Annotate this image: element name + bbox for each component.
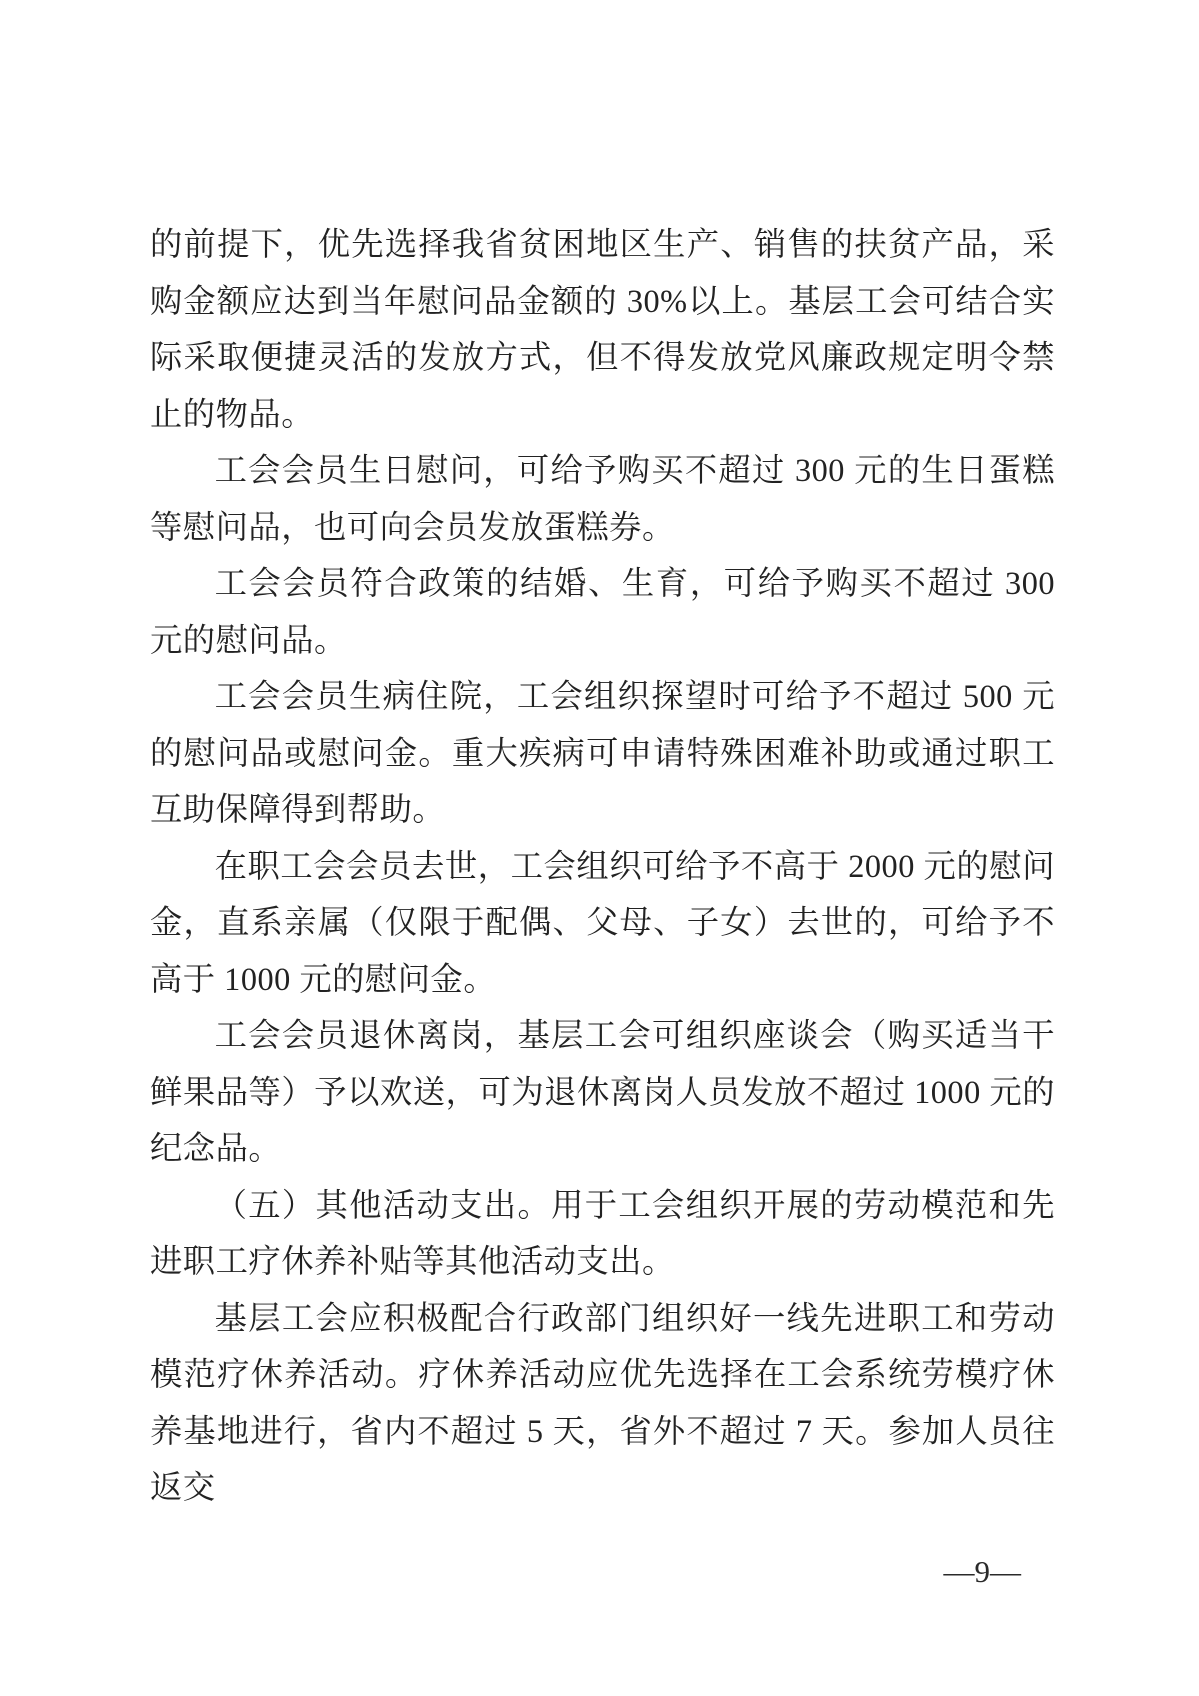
paragraph-death-benefit: 在职工会会员去世，工会组织可给予不高于 2000 元的慰问金，直系亲属（仅限于配… <box>150 838 1055 1008</box>
paragraph-other-activity-expense: （五）其他活动支出。用于工会组织开展的劳动模范和先进职工疗休养补贴等其他活动支出… <box>150 1177 1055 1290</box>
paragraph-continuation: 的前提下，优先选择我省贫困地区生产、销售的扶贫产品，采购金额应达到当年慰问品金额… <box>150 216 1055 442</box>
paragraph-retirement-benefit: 工会会员退休离岗，基层工会可组织座谈会（购买适当干鲜果品等）予以欢送，可为退休离… <box>150 1007 1055 1177</box>
paragraph-marriage-birth-benefit: 工会会员符合政策的结婚、生育，可给予购买不超过 300 元的慰问品。 <box>150 555 1055 668</box>
document-page: 的前提下，优先选择我省贫困地区生产、销售的扶贫产品，采购金额应达到当年慰问品金额… <box>0 0 1199 1696</box>
paragraph-birthday-benefit: 工会会员生日慰问，可给予购买不超过 300 元的生日蛋糕等慰问品，也可向会员发放… <box>150 442 1055 555</box>
paragraph-hospitalization-benefit: 工会会员生病住院，工会组织探望时可给予不超过 500 元的慰问品或慰问金。重大疾… <box>150 668 1055 838</box>
page-number: —9— <box>944 1554 1022 1590</box>
paragraph-recuperation-activity: 基层工会应积极配合行政部门组织好一线先进职工和劳动模范疗休养活动。疗休养活动应优… <box>150 1290 1055 1516</box>
document-body: 的前提下，优先选择我省贫困地区生产、销售的扶贫产品，采购金额应达到当年慰问品金额… <box>150 216 1055 1516</box>
